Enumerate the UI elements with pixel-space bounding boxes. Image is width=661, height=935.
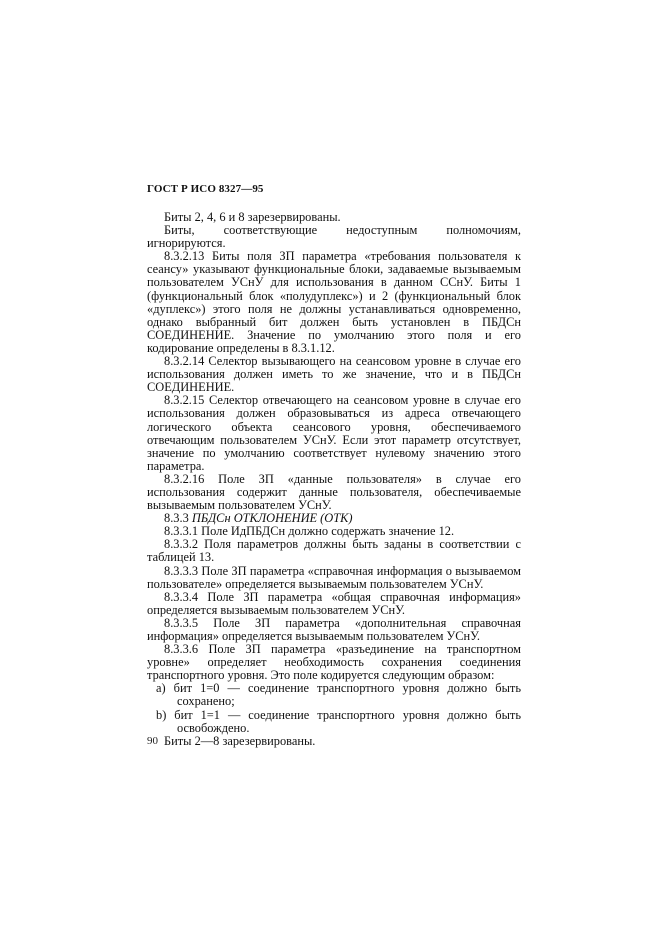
document-header: ГОСТ Р ИСО 8327—95: [147, 183, 264, 195]
paragraph: 8.3.3.6 Поле ЗП параметра «разъединение …: [147, 643, 521, 682]
paragraph: 8.3.3.2 Поля параметров должны быть зада…: [147, 538, 521, 564]
paragraph: 8.3.3.3 Поле ЗП параметра «справочная ин…: [147, 565, 521, 591]
document-body: Биты 2, 4, 6 и 8 зарезервированы. Биты, …: [147, 211, 521, 748]
list-item: b) бит 1=1 — соединение транспортного ур…: [147, 709, 521, 735]
paragraph: 8.3.2.15 Селектор отвечающего на сеансов…: [147, 394, 521, 473]
paragraph: 8.3.2.13 Биты поля ЗП параметра «требова…: [147, 250, 521, 355]
paragraph: 8.3.2.14 Селектор вызывающего на сеансов…: [147, 355, 521, 394]
paragraph: 8.3.3.4 Поле ЗП параметра «общая справоч…: [147, 591, 521, 617]
paragraph: 8.3.3.5 Поле ЗП параметра «дополнительна…: [147, 617, 521, 643]
paragraph: Биты 2—8 зарезервированы.: [147, 735, 521, 748]
paragraph: 8.3.2.16 Поле ЗП «данные пользователя» в…: [147, 473, 521, 512]
page-number: 90: [147, 735, 158, 747]
paragraph: Биты, соответствующие недоступным полном…: [147, 224, 521, 250]
list-item: а) бит 1=0 — соединение транспортного ур…: [147, 682, 521, 708]
section-number: 8.3.3: [164, 511, 189, 525]
section-title: ПБДСн ОТКЛОНЕНИЕ (ОТК): [192, 511, 353, 525]
document-page: ГОСТ Р ИСО 8327—95 Биты 2, 4, 6 и 8 заре…: [0, 0, 661, 935]
